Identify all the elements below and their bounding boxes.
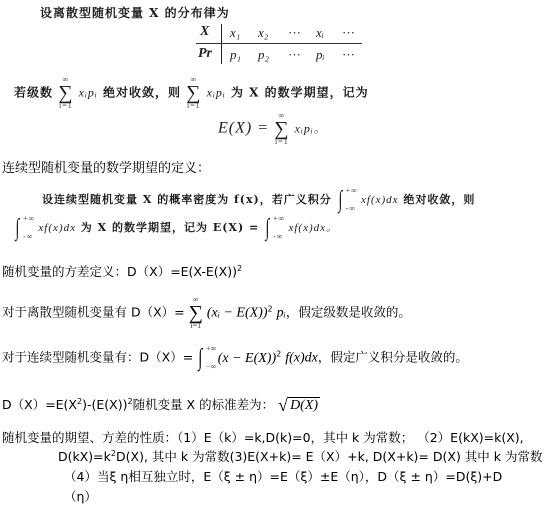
discrete-variance: 对于离散型随机变量有 D（X）= ∞ ∑ i=1 (xᵢ − E(X))2 pᵢ… — [2, 296, 411, 330]
continuous-variance-suffix: ，假定广义积分是收敛的。 — [318, 350, 468, 365]
x-value: x₁ — [230, 25, 240, 41]
variance-expr: (x − E(X)) — [218, 351, 276, 366]
discrete-variance-prefix: 对于离散型随机变量有 D（X）= — [2, 305, 185, 320]
discrete-condition-line: 若级数 ∞ ∑ i=1 xᵢpᵢ 绝对收敛，则 ∞ ∑ i=1 xᵢpᵢ 为 X… — [14, 76, 369, 110]
continuous-def-line2: ∫ +∞ -∞ xf(x)dx 为 X 的数学期望，记为 E(X) = ∫ +∞… — [14, 216, 338, 240]
properties-line4: （η） — [64, 487, 97, 505]
continuous-variance-prefix: 对于连续型随机变量有：D（X）= — [2, 350, 193, 365]
x-value: x₂ — [258, 25, 268, 41]
condition-mid: 绝对收敛，则 — [103, 86, 181, 100]
condition-suffix: 为 X 的数学期望，记为 — [231, 86, 369, 100]
p-value: p₁ — [230, 47, 241, 63]
properties-line3: （4）当ξ η相互独立时，E（ξ ± η）=E（ξ）±E（η），D（ξ ± η）… — [64, 467, 502, 485]
line1-suffix: 绝对收敛，则 — [403, 193, 475, 206]
sum-operator: ∞ ∑ i=1 — [58, 76, 73, 110]
row-header-x: X — [200, 24, 209, 40]
std-deviation-line: D（X）=E(X2)-(E(X))2随机变量 X 的标准差为： √ D(X) — [2, 395, 320, 414]
integral-operator: ∫ +∞ -∞ — [264, 216, 272, 240]
expectation-formula: E(X) = ∞ ∑ i=1 xᵢpᵢ。 — [218, 112, 327, 146]
p-value: ··· — [342, 47, 355, 63]
sqrt-expression: √ D(X) — [278, 398, 320, 414]
formula-term: xᵢpᵢ。 — [295, 122, 327, 136]
continuous-def-line1: 设连续型随机变量 X 的概率密度为 f(x)，若广义积分 ∫ +∞ -∞ xf(… — [42, 188, 475, 212]
x-value: ··· — [342, 25, 355, 41]
integral-operator: ∫ +∞ -∞ — [337, 188, 345, 212]
properties-line2: D(kX)=k2D(X), 其中 k 为常数(3)E(X+k)= E（X）+k,… — [58, 447, 542, 465]
discrete-intro: 设离散型随机变量 X 的分布律为 — [40, 4, 230, 21]
properties-line1: 随机变量的期望、方差的性质：（1）E（k）=k,D(k)=0，其中 k 为常数；… — [2, 428, 524, 446]
variance-label: 随机变量的方差定义：D（X）=E(X-E(X)) — [2, 264, 237, 279]
line2-mid: 为 X 的数学期望，记为 E(X) = — [81, 221, 259, 234]
integrand-end: xf(x)dx。 — [288, 222, 338, 234]
x-value: xᵢ — [316, 25, 324, 41]
sum-operator: ∞ ∑ i=1 — [186, 76, 201, 110]
formula-lhs: E(X) = — [218, 120, 269, 137]
variance-expr: (xᵢ − E(X)) — [207, 306, 268, 321]
continuous-heading: 连续型随机变量的数学期望的定义： — [2, 157, 210, 176]
table-divider-vertical — [221, 24, 222, 64]
variance-tail: f(x)dx — [285, 351, 318, 366]
integral-operator: ∫ +∞ −∞ — [197, 346, 204, 370]
distribution-table: X Pr x₁ x₂ ··· xᵢ ··· p₁ p₂ ··· pᵢ ··· — [196, 22, 362, 66]
condition-prefix: 若级数 — [14, 86, 53, 100]
sum-operator: ∞ ∑ i=1 — [189, 296, 203, 330]
p-value: pᵢ — [316, 47, 325, 63]
variance-tail: pᵢ — [277, 306, 286, 321]
p-value: p₂ — [258, 47, 269, 63]
discrete-variance-suffix: ，假定级数是收敛的。 — [286, 305, 411, 320]
line1-prefix: 设连续型随机变量 X 的概率密度为 f(x)，若广义积分 — [42, 193, 332, 206]
integral-operator: ∫ +∞ -∞ — [14, 216, 22, 240]
table-divider-horizontal — [196, 43, 362, 44]
sum-operator: ∞ ∑ i=1 — [274, 112, 289, 146]
x-value: ··· — [288, 25, 301, 41]
continuous-variance: 对于连续型随机变量有：D（X）= ∫ +∞ −∞ (x − E(X))2 f(x… — [2, 346, 468, 370]
radical-icon: √ — [278, 395, 288, 416]
variance-definition: 随机变量的方差定义：D（X）=E(X-E(X))2 — [2, 262, 242, 280]
integrand: xf(x)dx — [38, 222, 76, 234]
row-header-pr: Pr — [198, 46, 212, 62]
sum-term: xᵢpᵢ — [207, 86, 226, 100]
p-value: ··· — [288, 47, 301, 63]
sum-term: xᵢpᵢ — [79, 86, 98, 100]
integrand: xf(x)dx — [361, 194, 399, 206]
